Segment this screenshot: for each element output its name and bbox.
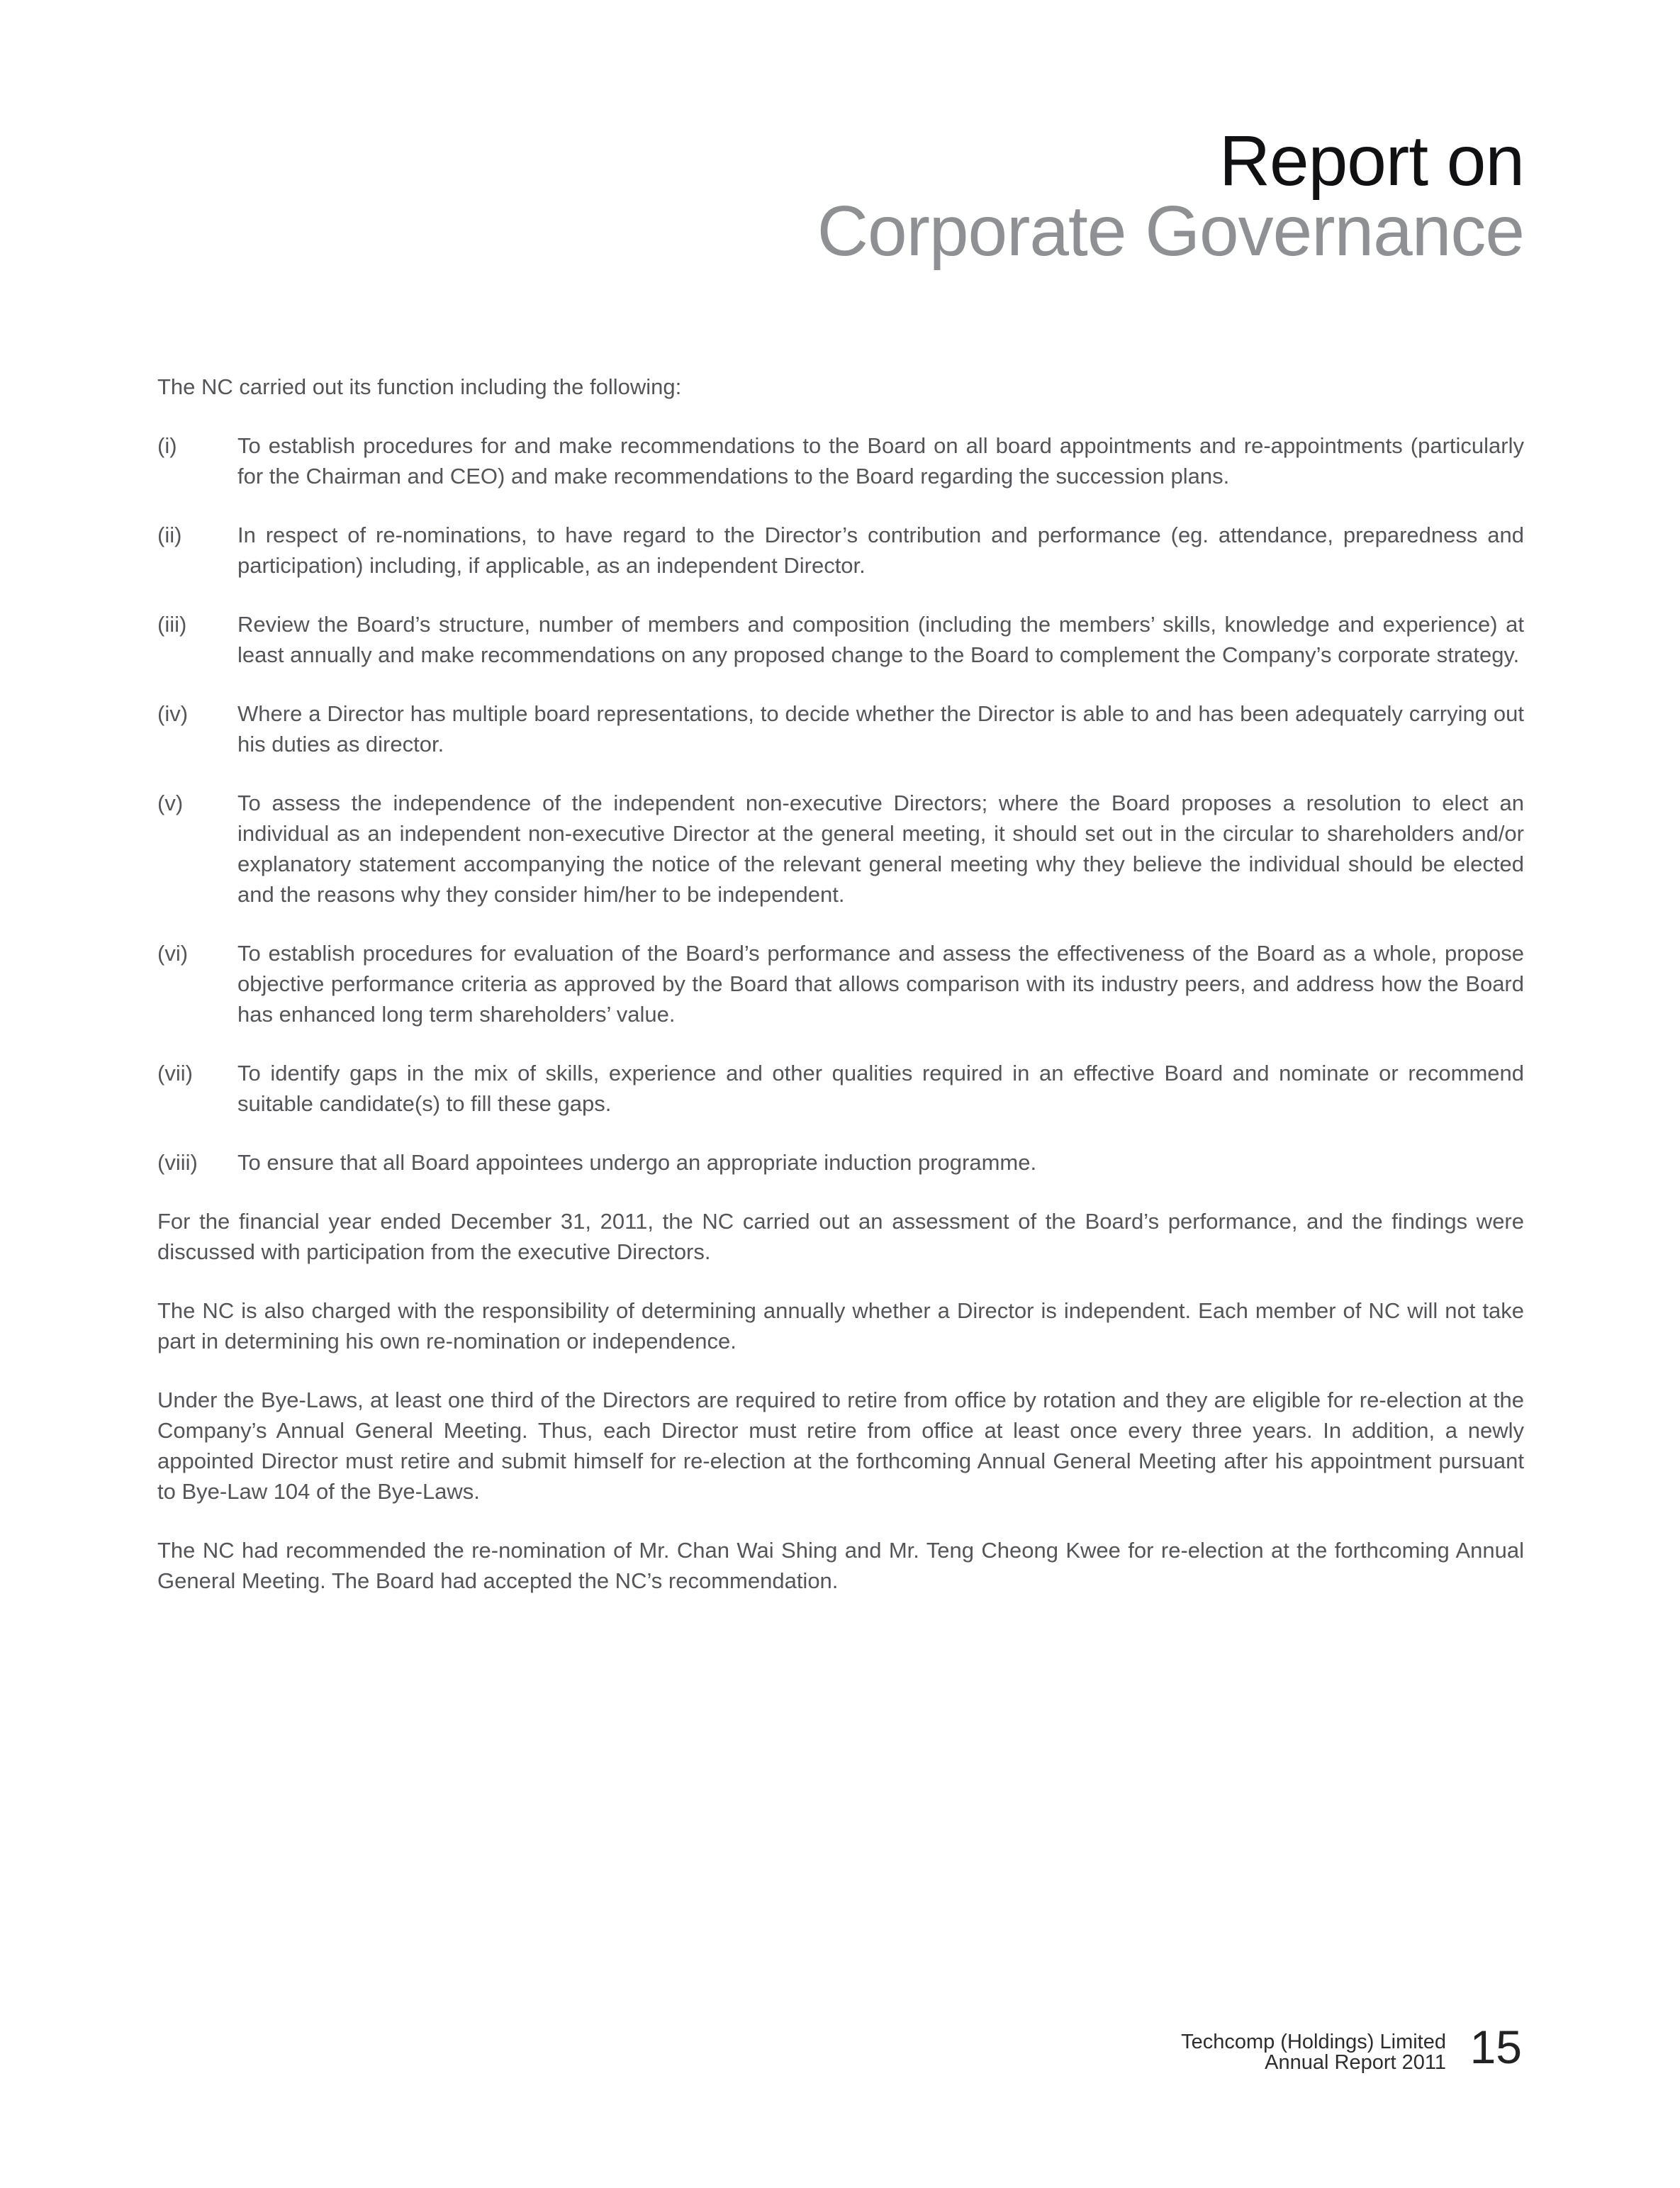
body-paragraph: The NC had recommended the re-nomination… xyxy=(157,1535,1524,1596)
body-paragraph: Under the Bye-Laws, at least one third o… xyxy=(157,1385,1524,1507)
report-page: Report on Corporate Governance The NC ca… xyxy=(0,0,1680,2188)
list-item-text: To identify gaps in the mix of skills, e… xyxy=(237,1058,1524,1119)
list-item-text: To ensure that all Board appointees unde… xyxy=(237,1147,1524,1178)
list-item-text: Where a Director has multiple board repr… xyxy=(237,698,1524,759)
page-number: 15 xyxy=(1470,2024,1522,2070)
intro-paragraph: The NC carried out its function includin… xyxy=(157,372,1524,402)
list-item-text: To establish procedures for and make rec… xyxy=(237,430,1524,491)
list-item: (vii) To identify gaps in the mix of ski… xyxy=(157,1058,1524,1119)
list-item: (iv) Where a Director has multiple board… xyxy=(157,698,1524,759)
list-item-marker: (iv) xyxy=(157,698,237,759)
list-item: (iii) Review the Board’s structure, numb… xyxy=(157,609,1524,670)
list-item: (vi) To establish procedures for evaluat… xyxy=(157,938,1524,1029)
body-paragraph: The NC is also charged with the responsi… xyxy=(157,1295,1524,1356)
footer-report-name: Annual Report 2011 xyxy=(1181,2053,1446,2073)
page-title-line1: Report on xyxy=(817,126,1524,196)
list-item-marker: (ii) xyxy=(157,520,237,581)
list-item-marker: (i) xyxy=(157,430,237,491)
list-item-marker: (iii) xyxy=(157,609,237,670)
list-item-marker: (v) xyxy=(157,788,237,910)
body-paragraph: For the financial year ended December 31… xyxy=(157,1206,1524,1267)
list-item-marker: (vi) xyxy=(157,938,237,1029)
list-item: (v) To assess the independence of the in… xyxy=(157,788,1524,910)
list-item-text: Review the Board’s structure, number of … xyxy=(237,609,1524,670)
list-item: (ii) In respect of re-nominations, to ha… xyxy=(157,520,1524,581)
page-title-line2: Corporate Governance xyxy=(817,196,1524,267)
list-item-text: To establish procedures for evaluation o… xyxy=(237,938,1524,1029)
footer-company-block: Techcomp (Holdings) Limited Annual Repor… xyxy=(1181,2032,1446,2073)
list-item-marker: (vii) xyxy=(157,1058,237,1119)
list-item-marker: (viii) xyxy=(157,1147,237,1178)
list-item: (i) To establish procedures for and make… xyxy=(157,430,1524,491)
page-title: Report on Corporate Governance xyxy=(817,126,1524,267)
body-content: The NC carried out its function includin… xyxy=(157,372,1524,1624)
footer-company-name: Techcomp (Holdings) Limited xyxy=(1181,2032,1446,2053)
list-item: (viii) To ensure that all Board appointe… xyxy=(157,1147,1524,1178)
list-item-text: In respect of re-nominations, to have re… xyxy=(237,520,1524,581)
list-item-text: To assess the independence of the indepe… xyxy=(237,788,1524,910)
